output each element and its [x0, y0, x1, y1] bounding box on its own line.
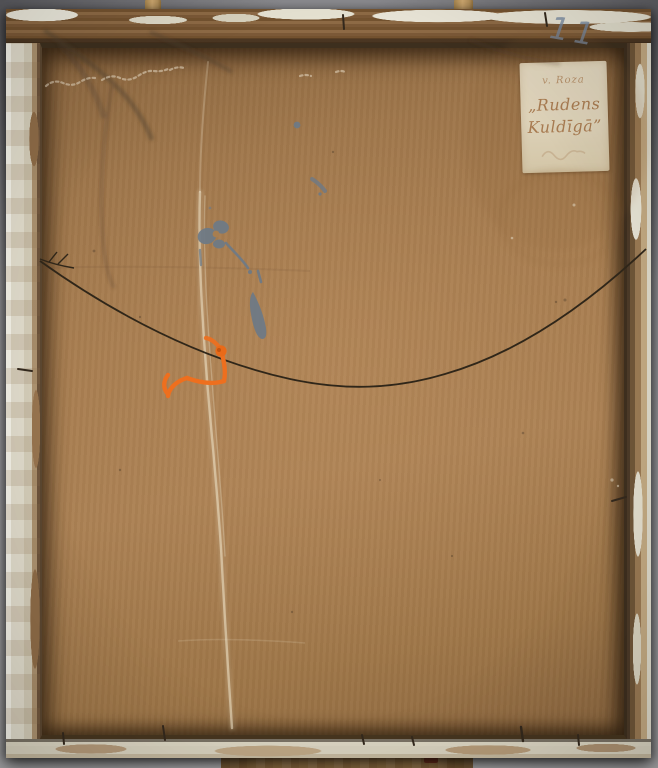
faint-pencil-scribble [533, 141, 598, 165]
artist-name: v. Roza [520, 74, 607, 87]
frame-right-edge [627, 9, 651, 758]
painting-title-line1: „Rudens [520, 94, 607, 115]
inventory-label: v. Roza „Rudens Kuldīgā” [519, 61, 609, 173]
frame-bottom-edge [6, 739, 651, 758]
painting-title-line2: Kuldīgā” [521, 116, 608, 137]
frame-left-edge [6, 9, 40, 758]
photo-scene: v. Roza „Rudens Kuldīgā” 11 [0, 0, 658, 768]
